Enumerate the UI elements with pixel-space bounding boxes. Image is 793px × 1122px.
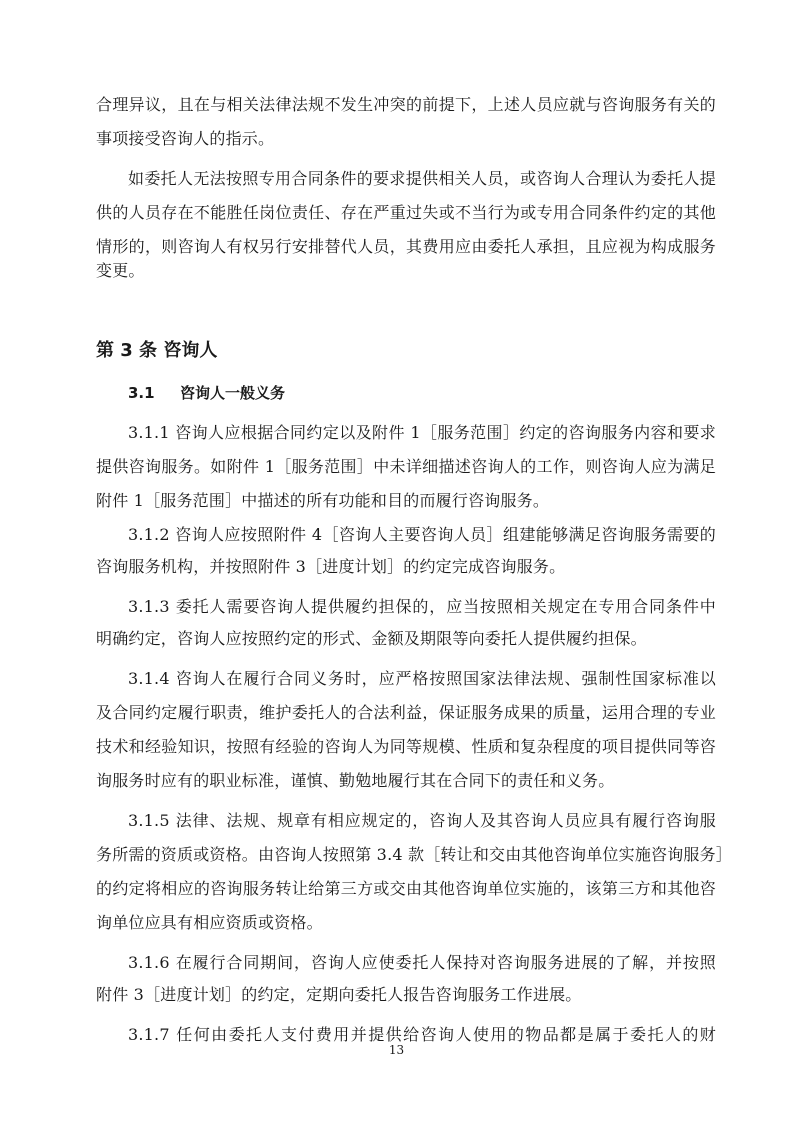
paragraph-line: 合理异议，且在与相关法律法规不发生冲突的前提下，上述人员应就与咨询服务有关的 <box>96 95 716 115</box>
paragraph-line: 事项接受咨询人的指示。 <box>96 129 716 149</box>
clause-line: 3.1.2 咨询人应按照附件 4［咨询人主要咨询人员］组建能够满足咨询服务需要的 <box>128 525 716 545</box>
clause-line: 3.1.1 咨询人应根据合同约定以及附件 1［服务范围］约定的咨询服务内容和要求 <box>128 423 716 443</box>
section-heading: 3.1咨询人一般义务 <box>128 383 285 403</box>
clause-line: 询单位应具有相应资质或资格。 <box>96 913 716 933</box>
paragraph-line: 供的人员存在不能胜任岗位责任、存在严重过失或不当行为或专用合同条件约定的其他 <box>96 203 716 223</box>
paragraph-line: 变更。 <box>96 261 716 281</box>
paragraph-line: 情形的，则咨询人有权另行安排替代人员，其费用应由委托人承担，且应视为构成服务 <box>96 237 716 257</box>
section-number: 3.1 <box>128 383 180 403</box>
clause-line: 提供咨询服务。如附件 1［服务范围］中未详细描述咨询人的工作，则咨询人应为满足 <box>96 457 716 477</box>
section-title: 咨询人一般义务 <box>180 384 285 402</box>
clause-line: 附件 3［进度计划］的约定，定期向委托人报告咨询服务工作进展。 <box>96 985 716 1005</box>
clause-line: 3.1.4 咨询人在履行合同义务时，应严格按照国家法律法规、强制性国家标准以 <box>128 669 716 689</box>
clause-line: 3.1.3 委托人需要咨询人提供履约担保的，应当按照相关规定在专用合同条件中 <box>128 597 716 617</box>
clause-line: 3.1.5 法律、法规、规章有相应规定的，咨询人及其咨询人员应具有履行咨询服 <box>128 811 716 831</box>
clause-line: 明确约定，咨询人应按照约定的形式、金额及期限等向委托人提供履约担保。 <box>96 629 716 649</box>
clause-line: 的约定将相应的咨询服务转让给第三方或交由其他咨询单位实施的，该第三方和其他咨 <box>96 879 716 899</box>
clause-line: 及合同约定履行职责，维护委托人的合法利益，保证服务成果的质量，运用合理的专业 <box>96 703 716 723</box>
clause-line: 务所需的资质或资格。由咨询人按照第 3.4 款［转让和交由其他咨询单位实施咨询服… <box>96 845 716 865</box>
clause-line: 技术和经验知识，按照有经验的咨询人为同等规模、性质和复杂程度的项目提供同等咨 <box>96 737 716 757</box>
clause-line: 3.1.7 任何由委托人支付费用并提供给咨询人使用的物品都是属于委托人的财 <box>128 1025 716 1045</box>
article-heading: 第 3 条 咨询人 <box>96 340 217 362</box>
document-page: 合理异议，且在与相关法律法规不发生冲突的前提下，上述人员应就与咨询服务有关的 事… <box>0 0 793 1122</box>
page-number: 13 <box>0 1043 793 1057</box>
paragraph-line: 如委托人无法按照专用合同条件的要求提供相关人员，或咨询人合理认为委托人提 <box>128 169 716 189</box>
clause-line: 附件 1［服务范围］中描述的所有功能和目的而履行咨询服务。 <box>96 491 716 511</box>
clause-line: 询服务时应有的职业标准，谨慎、勤勉地履行其在合同下的责任和义务。 <box>96 771 716 791</box>
clause-line: 3.1.6 在履行合同期间，咨询人应使委托人保持对咨询服务进展的了解，并按照 <box>128 953 716 973</box>
clause-line: 咨询服务机构，并按照附件 3［进度计划］的约定完成咨询服务。 <box>96 557 716 577</box>
